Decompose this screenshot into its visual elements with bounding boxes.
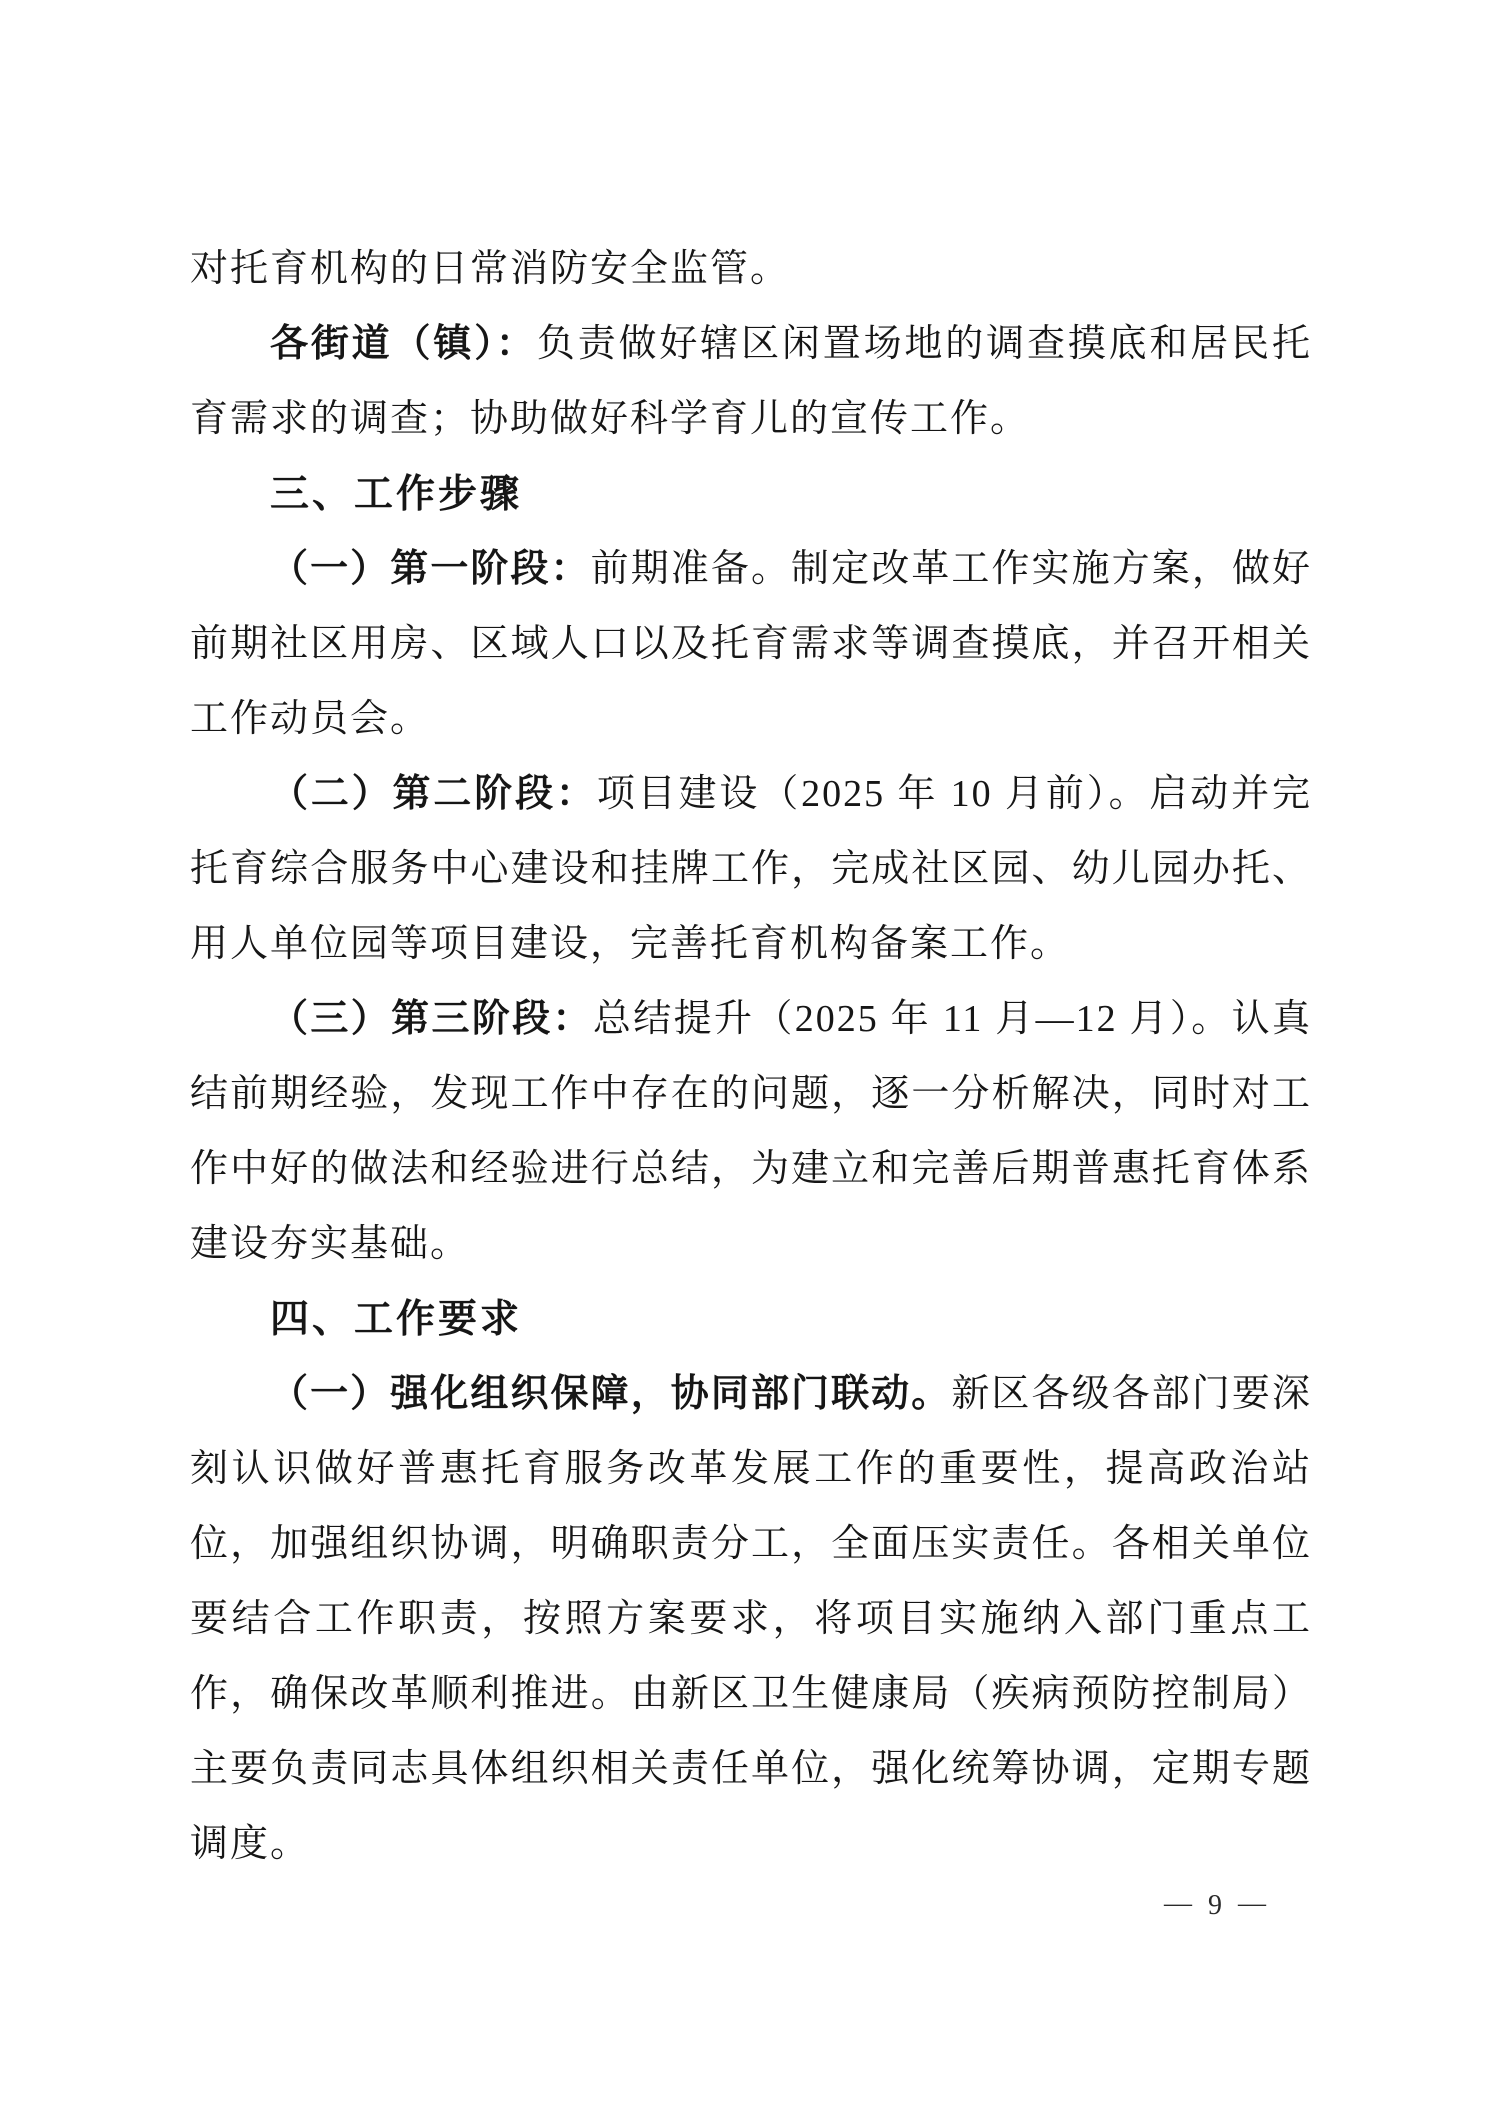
heading-text: 三、工作步骤 bbox=[270, 473, 522, 516]
text-segment: 调度。 bbox=[190, 1823, 310, 1865]
text-segment: （一）强化组织保障，协同部门联动。 bbox=[270, 1373, 951, 1415]
text-line: 对托育机构的日常消防安全监管。 bbox=[190, 232, 1312, 307]
text-segment: 前期社区用房、区域人口以及托育需求等调查摸底，并召开相关 bbox=[190, 623, 1312, 665]
text-segment: （一）第一阶段： bbox=[270, 548, 591, 590]
text-segment: 位，加强组织协调，明确职责分工，全面压实责任。各相关单位 bbox=[190, 1523, 1312, 1565]
heading-text: 四、工作要求 bbox=[270, 1298, 522, 1341]
section-heading: 三、工作步骤 bbox=[190, 457, 1312, 532]
text-segment: 要结合工作职责，按照方案要求，将项目实施纳入部门重点工 bbox=[190, 1598, 1312, 1640]
text-line: （二）第二阶段：项目建设（2025 年 10 月前）。启动并完成 bbox=[190, 757, 1312, 832]
text-line: 刻认识做好普惠托育服务改革发展工作的重要性，提高政治站 bbox=[190, 1432, 1312, 1507]
text-segment: 刻认识做好普惠托育服务改革发展工作的重要性，提高政治站 bbox=[190, 1448, 1312, 1490]
text-line: 要结合工作职责，按照方案要求，将项目实施纳入部门重点工 bbox=[190, 1582, 1312, 1657]
text-line: （一）第一阶段：前期准备。制定改革工作实施方案，做好 bbox=[190, 532, 1312, 607]
footer-right-dash: — bbox=[1238, 1882, 1266, 1926]
text-line: （一）强化组织保障，协同部门联动。新区各级各部门要深 bbox=[190, 1357, 1312, 1432]
text-line: 育需求的调查；协助做好科学育儿的宣传工作。 bbox=[190, 382, 1312, 457]
text-line: （三）第三阶段：总结提升（2025 年 11 月—12 月）。认真总 bbox=[190, 982, 1312, 1057]
text-line: 结前期经验，发现工作中存在的问题，逐一分析解决，同时对工 bbox=[190, 1057, 1312, 1132]
text-segment: 各街道（镇）： bbox=[270, 323, 537, 365]
text-segment: 对托育机构的日常消防安全监管。 bbox=[190, 248, 790, 290]
text-segment: 作中好的做法和经验进行总结，为建立和完善后期普惠托育体系 bbox=[190, 1148, 1312, 1190]
footer-left-dash: — bbox=[1164, 1882, 1192, 1926]
text-segment: 工作动员会。 bbox=[190, 698, 430, 740]
text-segment: 结前期经验，发现工作中存在的问题，逐一分析解决，同时对工 bbox=[190, 1073, 1312, 1115]
text-line: 主要负责同志具体组织相关责任单位，强化统筹协调，定期专题 bbox=[190, 1732, 1312, 1807]
text-segment: 主要负责同志具体组织相关责任单位，强化统筹协调，定期专题 bbox=[190, 1748, 1312, 1790]
section-heading: 四、工作要求 bbox=[190, 1282, 1312, 1357]
text-line: 用人单位园等项目建设，完善托育机构备案工作。 bbox=[190, 907, 1312, 982]
text-line: 前期社区用房、区域人口以及托育需求等调查摸底，并召开相关 bbox=[190, 607, 1312, 682]
document-page: 对托育机构的日常消防安全监管。各街道（镇）：负责做好辖区闲置场地的调查摸底和居民… bbox=[0, 0, 1488, 2104]
text-segment: 新区各级各部门要深 bbox=[951, 1373, 1312, 1415]
text-segment: 用人单位园等项目建设，完善托育机构备案工作。 bbox=[190, 923, 1070, 965]
text-line: 工作动员会。 bbox=[190, 682, 1312, 757]
text-line: 作中好的做法和经验进行总结，为建立和完善后期普惠托育体系 bbox=[190, 1132, 1312, 1207]
text-segment: 建设夯实基础。 bbox=[190, 1223, 470, 1265]
text-block: 对托育机构的日常消防安全监管。各街道（镇）：负责做好辖区闲置场地的调查摸底和居民… bbox=[190, 232, 1312, 1882]
page-number: 9 bbox=[1208, 1884, 1222, 1928]
text-segment: 育需求的调查；协助做好科学育儿的宣传工作。 bbox=[190, 398, 1030, 440]
text-segment: 托育综合服务中心建设和挂牌工作，完成社区园、幼儿园办托、 bbox=[190, 848, 1312, 890]
text-line: 建设夯实基础。 bbox=[190, 1207, 1312, 1282]
text-segment: 作，确保改革顺利推进。由新区卫生健康局（疾病预防控制局） bbox=[190, 1673, 1312, 1715]
text-line: 位，加强组织协调，明确职责分工，全面压实责任。各相关单位 bbox=[190, 1507, 1312, 1582]
page-footer: —9— bbox=[1040, 1884, 1390, 1928]
text-segment: 前期准备。制定改革工作实施方案，做好 bbox=[591, 548, 1312, 590]
text-line: 各街道（镇）：负责做好辖区闲置场地的调查摸底和居民托 bbox=[190, 307, 1312, 382]
text-segment: 负责做好辖区闲置场地的调查摸底和居民托 bbox=[537, 323, 1312, 365]
text-segment: （三）第三阶段： bbox=[270, 998, 593, 1040]
text-segment: （二）第二阶段： bbox=[270, 773, 597, 815]
text-line: 调度。 bbox=[190, 1807, 1312, 1882]
text-line: 作，确保改革顺利推进。由新区卫生健康局（疾病预防控制局） bbox=[190, 1657, 1312, 1732]
text-line: 托育综合服务中心建设和挂牌工作，完成社区园、幼儿园办托、 bbox=[190, 832, 1312, 907]
